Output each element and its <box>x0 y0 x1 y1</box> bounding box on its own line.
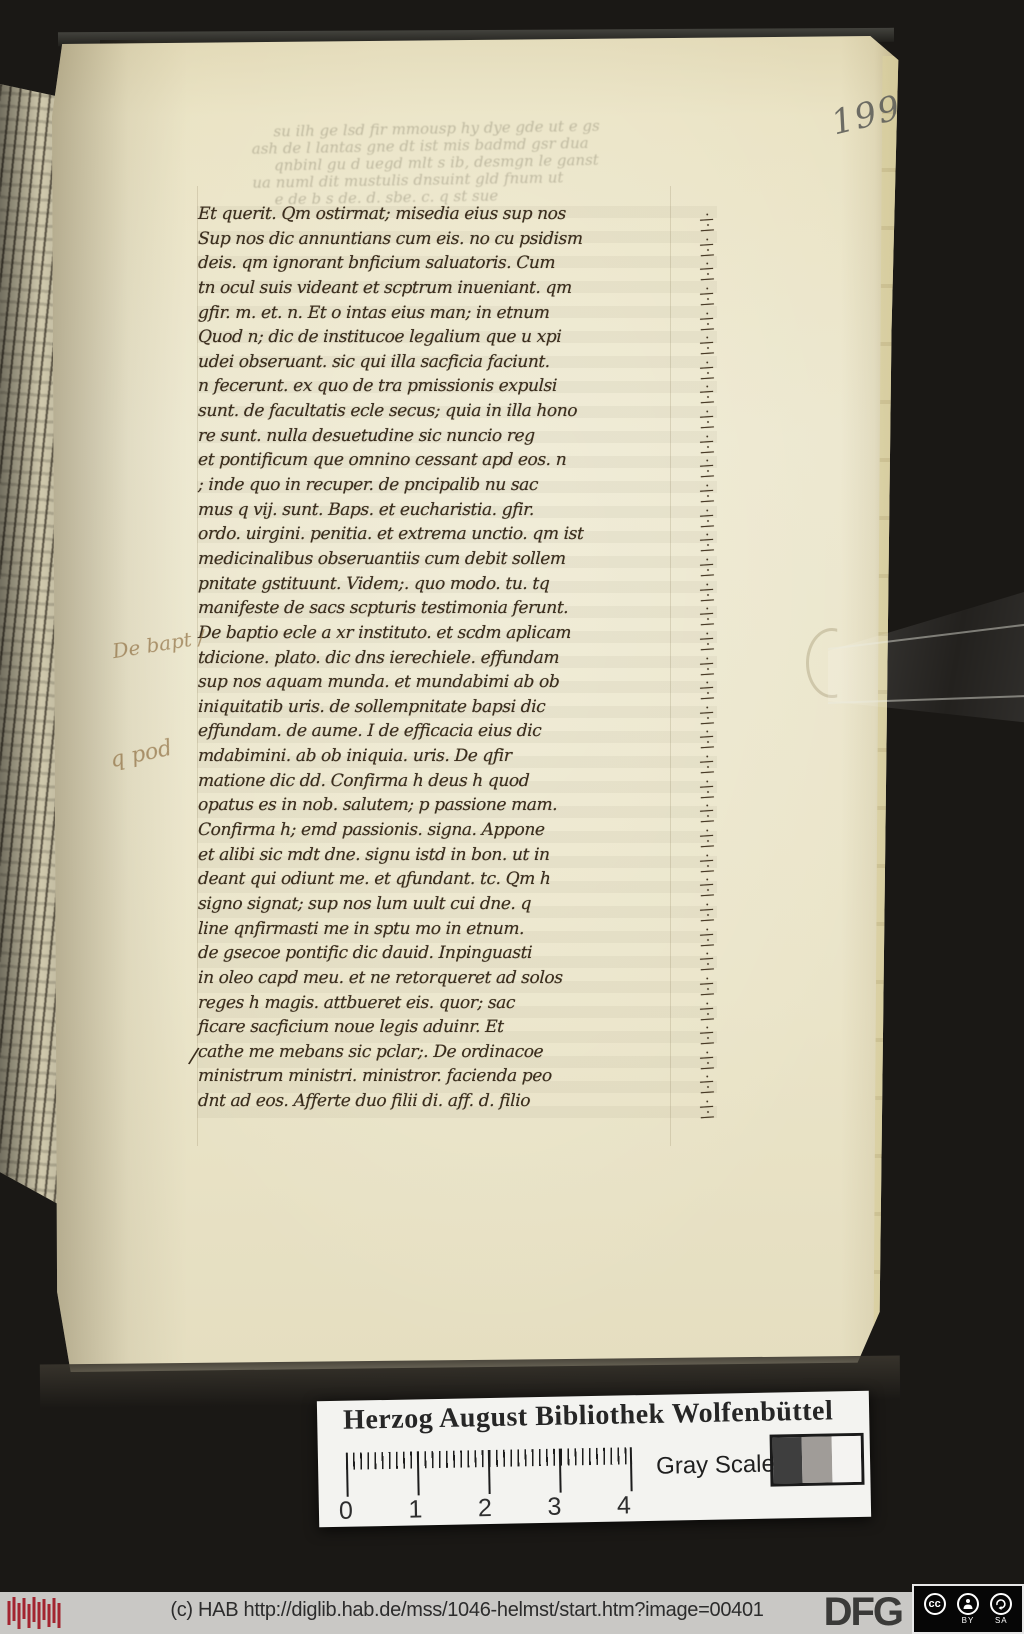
manuscript-line: tn ocul suis videant et scptrum inuenian… <box>198 278 729 303</box>
manuscript-line-text: n fecerunt. ex quo de tra pmissionis exp… <box>198 376 654 396</box>
manuscript-line-text: Sup nos dic annuntians cum eis. no cu ps… <box>198 229 654 249</box>
manuscript-line-text: line qnfirmasti me in sptu mo in etnum. <box>198 919 654 939</box>
manuscript-line-text: re sunt. nulla desuetudine sic nuncio re… <box>198 426 654 446</box>
manuscript-line-text: tn ocul suis videant et scptrum inuenian… <box>198 278 654 298</box>
manuscript-line-text: mus q vij. sunt. Baps. et eucharistia. g… <box>198 500 654 520</box>
manuscript-line: re sunt. nulla desuetudine sic nuncio re… <box>198 426 729 451</box>
manuscript-line: effundam. de aume. I de efficacia eius d… <box>198 721 729 746</box>
manuscript-line: cathe me mebans sic pclar;. De ordinacoe… <box>198 1042 729 1067</box>
manuscript-line-text: ficare sacficium noue legis aduinr. Et <box>198 1017 654 1037</box>
manuscript-line-text: reges h magis. attbueret eis. quor; sac <box>198 993 654 1013</box>
cc-sa-arrow-icon: SA <box>990 1593 1012 1625</box>
gray-patch-mid <box>802 1436 832 1483</box>
manuscript-line-text: ordo. uirgini. penitia. et extrema uncti… <box>198 524 654 544</box>
manuscript-line: udei obseruant. sic qui illa sacficia fa… <box>198 352 729 377</box>
manuscript-line: manifeste de sacs scpturis testimonia fe… <box>198 598 729 623</box>
manuscript-line-text: udei obseruant. sic qui illa sacficia fa… <box>198 352 654 372</box>
manuscript-line-text: gfir. m. et. n. Et o intas eius man; in … <box>198 303 654 323</box>
manuscript-line-text: manifeste de sacs scpturis testimonia fe… <box>198 598 654 618</box>
footer-bar: (c) HAB http://diglib.hab.de/mss/1046-he… <box>0 1592 1024 1634</box>
ruler-number: 2 <box>478 1494 492 1523</box>
manuscript-line-text: in oleo capd meu. et ne retorqueret ad s… <box>198 968 654 988</box>
manuscript-line: De baptio ecle a xr instituto. et scdm a… <box>198 623 729 648</box>
manuscript-line: deant qui odiunt me. et qfundant. tc. Qm… <box>198 869 729 894</box>
gray-scale-patches <box>770 1433 865 1487</box>
ruler-number: 3 <box>547 1493 561 1522</box>
manuscript-page: 199. su ilh ge lsd fir mmousp hy dye gde… <box>52 36 900 1372</box>
manuscript-line-text: ministrum ministri. ministror. facienda … <box>198 1066 654 1086</box>
line-end-quire-mark: ·|·| <box>699 1099 715 1121</box>
gray-scale-label: Gray Scale <box>656 1451 775 1481</box>
manuscript-line: et pontificum que omnino cessant apd eos… <box>198 450 729 475</box>
manuscript-line: pnitate gstituunt. Videm;. quo modo. tu.… <box>198 574 729 599</box>
manuscript-line-text: pnitate gstituunt. Videm;. quo modo. tu.… <box>198 574 654 594</box>
manuscript-text-block: Et querit. Qm ostirmat; misedia eius sup… <box>198 204 728 1116</box>
manuscript-line-text: tdicione. plato. dic dns ierechiele. eff… <box>198 648 654 668</box>
bleedthrough-text-block: su ilh ge lsd fir mmousp hy dye gde ut e… <box>251 116 692 209</box>
manuscript-line: Quod n; dic de institucoe legalium que u… <box>198 327 729 352</box>
dfg-logo[interactable]: DFG <box>824 1590 902 1634</box>
manuscript-line-text: deis. qm ignorant bnficium saluatoris. C… <box>198 253 654 273</box>
library-name-title: Herzog August Bibliothek Wolfenbüttel <box>317 1395 860 1437</box>
digitized-manuscript-photo: 199. su ilh ge lsd fir mmousp hy dye gde… <box>0 0 1024 1634</box>
ruler-number: 4 <box>617 1491 631 1520</box>
cc-by-sa-badge[interactable]: cc BY SA <box>912 1584 1024 1634</box>
manuscript-line: line qnfirmasti me in sptu mo in etnum. … <box>198 919 729 944</box>
manuscript-line: ordo. uirgini. penitia. et extrema uncti… <box>198 524 729 549</box>
gray-patch-light <box>831 1436 861 1483</box>
manuscript-line: deis. qm ignorant bnficium saluatoris. C… <box>198 253 729 278</box>
ruler-major-ticks <box>346 1447 639 1497</box>
manuscript-line: Confirma h; emd passionis. signa. Appone… <box>198 820 729 845</box>
manuscript-line: n fecerunt. ex quo de tra pmissionis exp… <box>198 376 729 401</box>
manuscript-line: ficare sacficium noue legis aduinr. Et ·… <box>198 1017 729 1042</box>
hab-logo-icon <box>6 1595 68 1631</box>
manuscript-line-text: de gsecoe pontific dic dauid. Inpinguast… <box>198 943 654 963</box>
manuscript-line-text: matione dic dd. Confirma h deus h quod <box>198 771 654 791</box>
cc-icon: cc <box>924 1593 946 1625</box>
manuscript-line-text: sup nos aquam munda. et mundabimi ab ob <box>198 672 654 692</box>
manuscript-line: et alibi sic mdt dne. signu istd in bon.… <box>198 845 729 870</box>
manuscript-line: mus q vij. sunt. Baps. et eucharistia. g… <box>198 500 729 525</box>
scale-reference-card: Herzog August Bibliothek Wolfenbüttel 01… <box>317 1391 871 1528</box>
manuscript-line-text: signo signat; sup nos lum uult cui dne. … <box>198 894 654 914</box>
gray-patch-dark <box>773 1437 803 1484</box>
manuscript-line: ; inde quo in recuper. de pncipalib nu s… <box>198 475 729 500</box>
manuscript-line: dnt ad eos. Afferte duo filii di. aff. d… <box>198 1091 729 1116</box>
manuscript-line-text: sunt. de facultatis ecle secus; quia in … <box>198 401 654 421</box>
manuscript-line-text: iniquitatib uris. de sollempnitate bapsi… <box>198 697 654 717</box>
manuscript-line-text: De baptio ecle a xr instituto. et scdm a… <box>198 623 654 643</box>
manuscript-line: medicinalibus obseruantiis cum debit sol… <box>198 549 729 574</box>
manuscript-line: de gsecoe pontific dic dauid. Inpinguast… <box>198 943 729 968</box>
manuscript-line: matione dic dd. Confirma h deus h quod ·… <box>198 771 729 796</box>
copyright-url-text[interactable]: (c) HAB http://diglib.hab.de/mss/1046-he… <box>120 1599 814 1622</box>
manuscript-line-text: cathe me mebans sic pclar;. De ordinacoe <box>198 1042 654 1062</box>
manuscript-line-text: effundam. de aume. I de efficacia eius d… <box>198 721 654 741</box>
manuscript-line-text: et pontificum que omnino cessant apd eos… <box>198 450 654 470</box>
manuscript-line-text: deant qui odiunt me. et qfundant. tc. Qm… <box>198 869 654 889</box>
manuscript-line-text: ; inde quo in recuper. de pncipalib nu s… <box>198 475 654 495</box>
manuscript-line: tdicione. plato. dic dns ierechiele. eff… <box>198 648 729 673</box>
manuscript-line-text: et alibi sic mdt dne. signu istd in bon.… <box>198 845 654 865</box>
manuscript-line: ministrum ministri. ministror. facienda … <box>198 1066 729 1091</box>
manuscript-line: in oleo capd meu. et ne retorqueret ad s… <box>198 968 729 993</box>
manuscript-line: mdabimini. ab ob iniquia. uris. De qfir … <box>198 746 729 771</box>
manuscript-line: iniquitatib uris. de sollempnitate bapsi… <box>198 697 729 722</box>
manuscript-line: sup nos aquam munda. et mundabimi ab ob … <box>198 672 729 697</box>
manuscript-line-text: Et querit. Qm ostirmat; misedia eius sup… <box>198 204 654 224</box>
ruler-numbers: 01234 <box>339 1491 632 1526</box>
manuscript-line-text: Quod n; dic de institucoe legalium que u… <box>198 327 654 347</box>
manuscript-line: gfir. m. et. n. Et o intas eius man; in … <box>198 303 729 328</box>
manuscript-line: sunt. de facultatis ecle secus; quia in … <box>198 401 729 426</box>
ruler-number: 0 <box>339 1497 353 1526</box>
manuscript-line-text: opatus es in nob. salutem; p passione ma… <box>198 795 654 815</box>
manuscript-line: Et querit. Qm ostirmat; misedia eius sup… <box>198 204 729 229</box>
manuscript-line-text: Confirma h; emd passionis. signa. Appone <box>198 820 654 840</box>
manuscript-line: reges h magis. attbueret eis. quor; sac … <box>198 993 729 1018</box>
manuscript-line: opatus es in nob. salutem; p passione ma… <box>198 795 729 820</box>
centimeter-ruler <box>346 1447 639 1497</box>
manuscript-line-text: dnt ad eos. Afferte duo filii di. aff. d… <box>198 1091 654 1111</box>
manuscript-line: signo signat; sup nos lum uult cui dne. … <box>198 894 729 919</box>
cc-by-person-icon: BY <box>957 1593 979 1625</box>
manuscript-line: Sup nos dic annuntians cum eis. no cu ps… <box>198 229 729 254</box>
manuscript-line-text: mdabimini. ab ob iniquia. uris. De qfir <box>198 746 654 766</box>
manuscript-line-text: medicinalibus obseruantiis cum debit sol… <box>198 549 654 569</box>
ruler-number: 1 <box>408 1495 422 1524</box>
